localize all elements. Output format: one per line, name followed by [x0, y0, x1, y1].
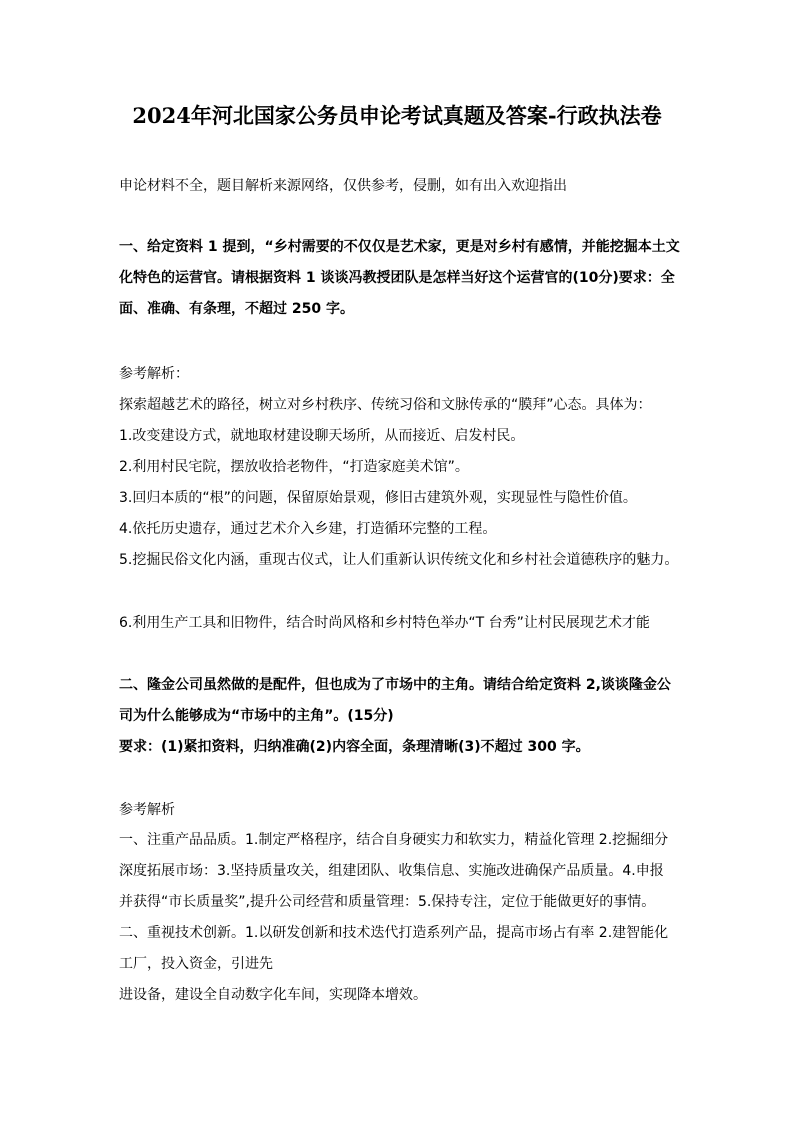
analysis-1-line: 1.改变建设方式，就地取材建设聊天场所，从而接近、启发村民。	[119, 421, 678, 452]
analysis-2-heading-line: 参考解析	[119, 795, 175, 826]
question-2-line: 要求：(1)紧扣资料，归纳准确(2)内容全面，条理清晰(3)不超过 300 字。	[119, 732, 671, 763]
analysis-2-body: 一、注重产品品质。1.制定严格程序，结合自身硬实力和软实力，精益化管理 2.挖掘…	[119, 825, 668, 1011]
question-2: 二、隆金公司虽然做的是配件，但也成为了市场中的主角。请结合给定资料 2,谈谈隆金…	[119, 670, 671, 763]
analysis-1-item-6-line: 6.利用生产工具和旧物件，结合时尚风格和乡村特色举办“T 台秀”让村民展现艺术才…	[119, 608, 650, 639]
document-page: 2024年河北国家公务员申论考试真题及答案-行政执法卷 申论材料不全，题目解析来…	[0, 0, 794, 1123]
analysis-2-line: 一、注重产品品质。1.制定严格程序，结合自身硬实力和软实力，精益化管理 2.挖掘…	[119, 825, 668, 856]
analysis-2-line: 并获得“市长质量奖”,提升公司经营和质量管理：5.保持专注，定位于能做更好的事情…	[119, 887, 668, 918]
analysis-2-heading: 参考解析	[119, 795, 175, 826]
question-2-line: 司为什么能够成为“市场中的主角”。(15分)	[119, 701, 671, 732]
analysis-1-heading-line: 参考解析：	[119, 359, 189, 390]
analysis-2-line: 深度拓展市场：3.坚持质量攻关，组建团队、收集信息、实施改进确保产品质量。4.申…	[119, 856, 668, 887]
analysis-1-line: 5.挖掘民俗文化内涵，重现古仪式，让人们重新认识传统文化和乡村社会道德秩序的魅力…	[119, 545, 678, 576]
document-title: 2024年河北国家公务员申论考试真题及答案-行政执法卷	[0, 100, 794, 131]
question-2-line: 二、隆金公司虽然做的是配件，但也成为了市场中的主角。请结合给定资料 2,谈谈隆金…	[119, 670, 671, 701]
question-1-line: 化特色的运营官。请根据资料 1 谈谈冯教授团队是怎样当好这个运营官的(10分)要…	[119, 263, 680, 294]
analysis-2-line: 工厂，投入资金，引进先	[119, 949, 668, 980]
analysis-2-line: 进设备，建设全自动数字化车间，实现降本增效。	[119, 980, 668, 1011]
analysis-1-line: 3.回归本质的“根”的问题，保留原始景观，修旧古建筑外观，实现显性与隐性价值。	[119, 483, 678, 514]
disclaimer-line: 申论材料不全，题目解析来源网络，仅供参考，侵删，如有出入欢迎指出	[119, 171, 567, 202]
question-1-line: 面、准确、有条理，不超过 250 字。	[119, 294, 680, 325]
analysis-1-heading: 参考解析：	[119, 359, 189, 390]
analysis-1-line: 探索超越艺术的路径，树立对乡村秩序、传统习俗和文脉传承的“膜拜”心态。具体为：	[119, 390, 678, 421]
analysis-2-line: 二、重视技术创新。1.以研发创新和技术迭代打造系列产品，提高市场占有率 2.建智…	[119, 918, 668, 949]
analysis-1-line: 2.利用村民宅院，摆放收拾老物件，“打造家庭美术馆”。	[119, 452, 678, 483]
question-1: 一、给定资料 1 提到，“乡村需要的不仅仅是艺术家，更是对乡村有感情，并能挖掘本…	[119, 232, 680, 325]
analysis-1-line: 4.依托历史遗存，通过艺术介入乡建，打造循环完整的工程。	[119, 514, 678, 545]
analysis-1-body: 探索超越艺术的路径，树立对乡村秩序、传统习俗和文脉传承的“膜拜”心态。具体为： …	[119, 390, 678, 576]
disclaimer: 申论材料不全，题目解析来源网络，仅供参考，侵删，如有出入欢迎指出	[119, 171, 567, 202]
analysis-1-item-6: 6.利用生产工具和旧物件，结合时尚风格和乡村特色举办“T 台秀”让村民展现艺术才…	[119, 608, 650, 639]
question-1-line: 一、给定资料 1 提到，“乡村需要的不仅仅是艺术家，更是对乡村有感情，并能挖掘本…	[119, 232, 680, 263]
